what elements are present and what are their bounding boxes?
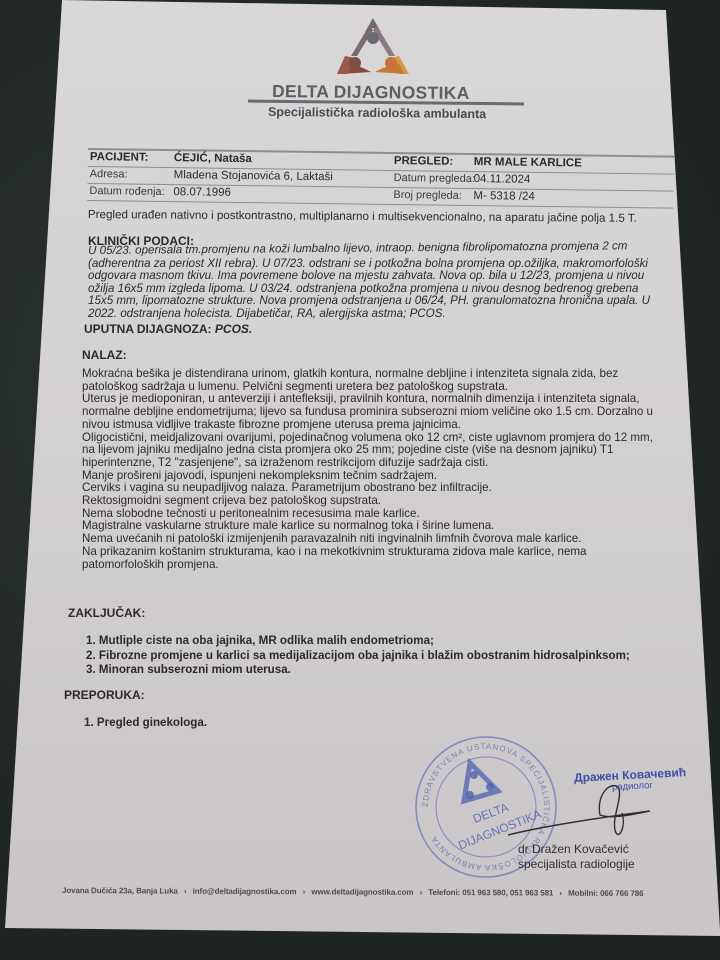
exam-intro: Pregled urađen nativno i postkontrastno,… [88,208,637,225]
findings-text: Mokraćna bešika je distendirana urinom, … [82,368,653,571]
conclusion-heading: ZAKLJUČAK: [68,606,145,620]
letterhead-footer: Jovana Dučića 23a, Banja Luka › info@del… [62,886,644,898]
clinical-line: U 05/23. operisala tm.promjenu na koži l… [88,240,650,257]
clinical-text: U 05/23. operisala tm.promjenu na koži l… [88,245,650,321]
conclusion-item: 2. Fibrozne promjene u karlici sa medija… [86,649,630,664]
exam-date: 04.11.2024 [474,173,531,186]
footer-mobile: Mobilni: 066 766 786 [568,889,643,898]
conclusion-list: 1. Mutliple ciste na oba jajnika, MR odl… [86,634,630,678]
findings-line: nivou istmusa vidljive trakaste fibrozne… [82,419,653,432]
doctor-name: dr Dražen Kovačević [518,842,635,857]
footer-website[interactable]: www.deltadijagnostika.com [311,887,413,897]
findings-line: normalne debljine endometrijuma; lijevo … [82,406,653,419]
exam-type: MR MALE KARLICE [474,156,582,169]
footer-separator: › [559,889,562,898]
doctor-signature-block: dr Dražen Kovačević specijalista radiolo… [518,842,635,872]
patient-name: ĆEJIĆ, Nataša [174,152,252,165]
findings-line: patomorfoloških promjena. [82,559,653,572]
exam-number-label: Broj pregleda: [393,189,462,202]
clinical-line: 2022. odstranjena holecista. Dijabetičar… [88,308,650,321]
doctor-title: specijalista radiologije [518,857,635,872]
patient-info-table: PACIJENT: ĆEJIĆ, Nataša PREGLED: MR MALE… [87,148,674,209]
exam-date-label: Datum pregleda: [394,172,475,185]
address-label: Adresa: [90,168,128,180]
referral-label: UPUTNA DIJAGNOZA: [84,322,212,336]
footer-separator: › [420,888,423,897]
findings-line: hiperintenzne, T2 "zasjenjene", sa izraž… [82,457,653,470]
footer-phones: Telefoni: 051 963 580, 051 963 581 [428,888,553,898]
handwritten-signature-icon [500,775,670,845]
findings-line: Rektosigmoidni segment crijeva bez patol… [82,495,653,508]
footer-address: Jovana Dučića 23a, Banja Luka [62,886,178,896]
recommendation-heading: PREPORUKA: [64,688,145,702]
footer-separator: › [303,887,306,896]
clinical-line: odgovara masnom tkivu. Ima povremene bol… [88,270,650,283]
referral-value: PCOS. [215,322,252,336]
referral-diagnosis: UPUTNA DIJAGNOZA: PCOS. [84,322,252,336]
conclusion-item: 1. Mutliple ciste na oba jajnika, MR odl… [86,634,630,649]
recommendation-item: 1. Pregled ginekologa. [84,716,207,729]
delta-triangle-logo-icon [333,16,413,78]
patient-label: PACIJENT: [90,151,149,164]
exam-label: PREGLED: [394,155,454,168]
brand-subtitle: Specijalistička radiološka ambulanta [268,105,486,121]
dob-label: Datum rođenja: [89,185,164,198]
medical-report: DELTA DIJAGNOSTIKA Specijalistička radio… [0,0,720,960]
findings-line: Mokraćna bešika je distendirana urinom, … [82,368,653,381]
findings-line: Nema uvećanih ni patološki izmijenjenih … [82,533,653,546]
footer-separator: › [184,887,187,896]
dob-value: 08.07.1996 [173,186,231,199]
address-value: Mladena Stojanovića 6, Laktaši [174,169,333,183]
findings-line: Na prikazanim koštanim strukturama, kao … [82,546,653,559]
findings-heading: NALAZ: [82,348,127,362]
recommendation-list: 1. Pregled ginekologa. [84,716,207,729]
conclusion-item: 3. Minoran subserozni miom uterusa. [86,663,630,678]
footer-email[interactable]: info@deltadijagnostika.com [193,887,297,897]
exam-number: M- 5318 /24 [473,190,535,203]
